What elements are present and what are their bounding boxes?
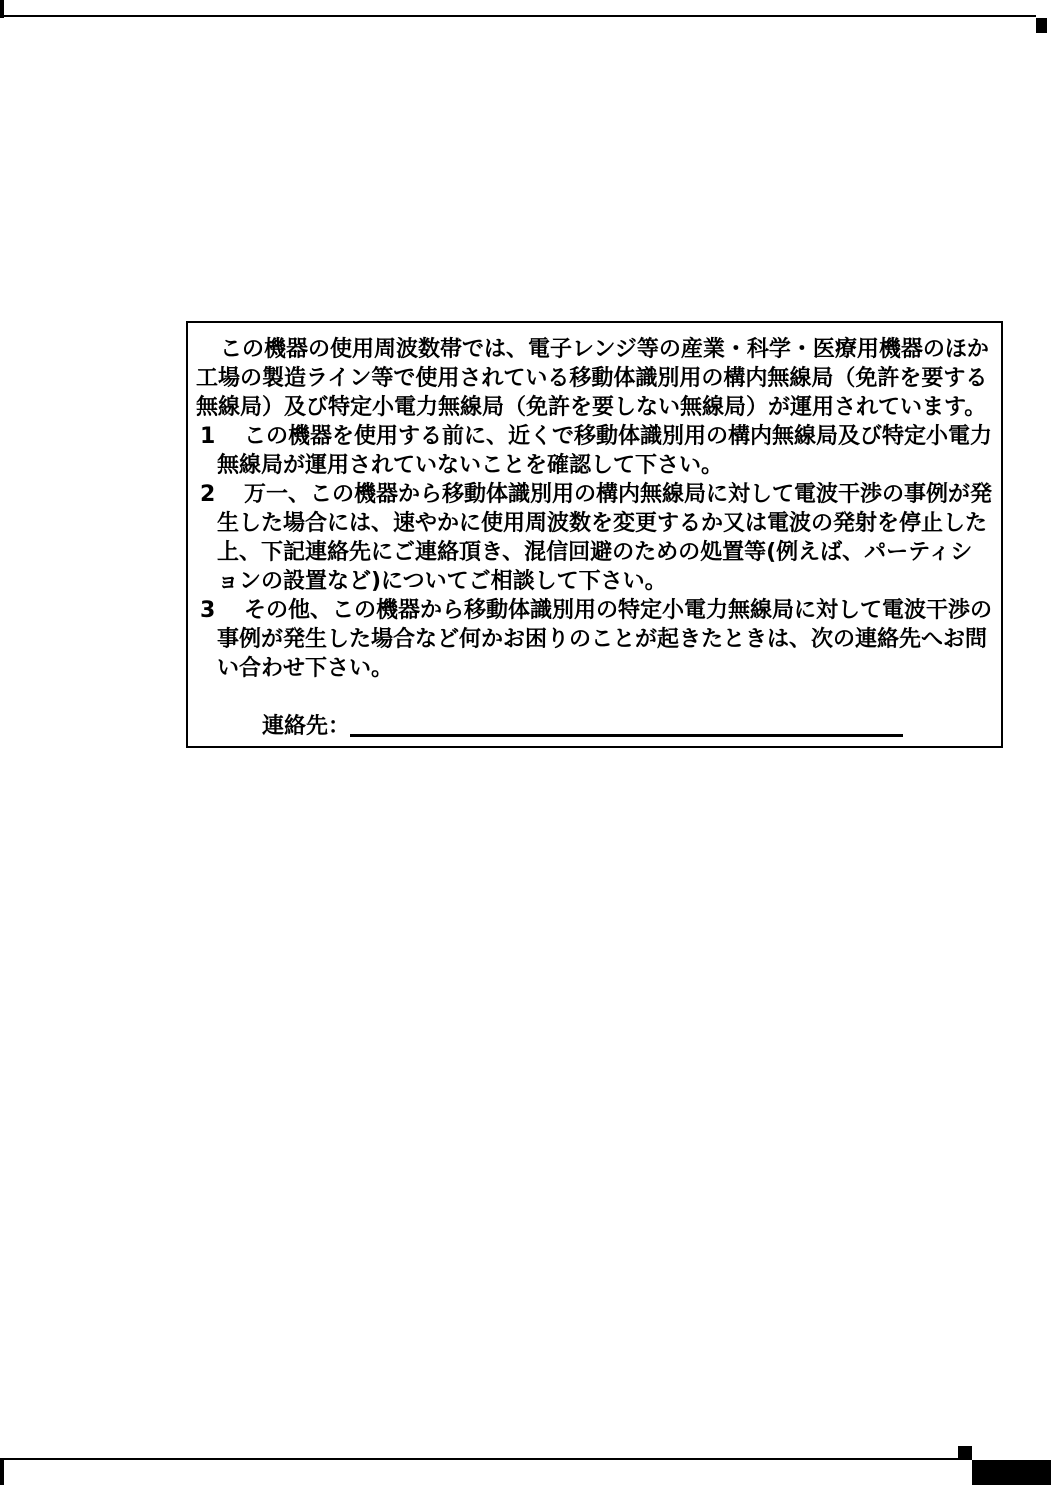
notice-line: 上、下記連絡先にご連絡頂き、混信回避のための処置等(例えば、パーティシ	[196, 538, 993, 567]
notice-line: 2万一、この機器から移動体識別用の構内無線局に対して電波干渉の事例が発	[196, 480, 993, 509]
notice-line: い合わせ下さい。	[196, 654, 993, 683]
bottom-left-edge-mark	[0, 1460, 4, 1485]
notice-text-block: この機器の使用周波数帯では、電子レンジ等の産業・科学・医療用機器のほか工場の製造…	[196, 335, 993, 683]
footer-rule	[0, 1458, 972, 1460]
notice-line-text: この機器を使用する前に、近くで移動体識別用の構内無線局及び特定小電力	[244, 424, 992, 449]
footer-corner-mark	[958, 1446, 972, 1458]
notice-line-text: その他、この機器から移動体識別用の特定小電力無線局に対して電波干渉の	[244, 598, 992, 623]
notice-line: 事例が発生した場合など何かお困りのことが起きたときは、次の連絡先へお問	[196, 625, 993, 654]
bottom-right-block-mark	[972, 1460, 1051, 1485]
contact-blank-line	[350, 715, 903, 737]
notice-line-text: 万一、この機器から移動体識別用の構内無線局に対して電波干渉の事例が発	[244, 482, 992, 507]
radio-interference-notice-box: この機器の使用周波数帯では、電子レンジ等の産業・科学・医療用機器のほか工場の製造…	[186, 321, 1003, 748]
notice-line: この機器の使用周波数帯では、電子レンジ等の産業・科学・医療用機器のほか	[196, 335, 993, 364]
notice-line: 工場の製造ライン等で使用されている移動体識別用の構内無線局（免許を要する	[196, 364, 993, 393]
notice-line: ョンの設置など)についてご相談して下さい。	[196, 567, 993, 596]
notice-line: 無線局が運用されていないことを確認して下さい。	[196, 451, 993, 480]
notice-line: 1この機器を使用する前に、近くで移動体識別用の構内無線局及び特定小電力	[196, 422, 993, 451]
contact-row: 連絡先：	[262, 712, 993, 741]
notice-line: 3その他、この機器から移動体識別用の特定小電力無線局に対して電波干渉の	[196, 596, 993, 625]
notice-line: 生した場合には、速やかに使用周波数を変更するか又は電波の発射を停止した	[196, 509, 993, 538]
item-number: 1	[200, 422, 244, 451]
notice-line: 無線局）及び特定小電力無線局（免許を要しない無線局）が運用されています。	[196, 393, 993, 422]
item-number: 3	[200, 596, 244, 625]
item-number: 2	[200, 480, 244, 509]
contact-label: 連絡先：	[262, 712, 350, 741]
document-page: この機器の使用周波数帯では、電子レンジ等の産業・科学・医療用機器のほか工場の製造…	[0, 0, 1051, 1485]
header-corner-mark	[1036, 18, 1047, 33]
header-rule	[0, 15, 1036, 17]
